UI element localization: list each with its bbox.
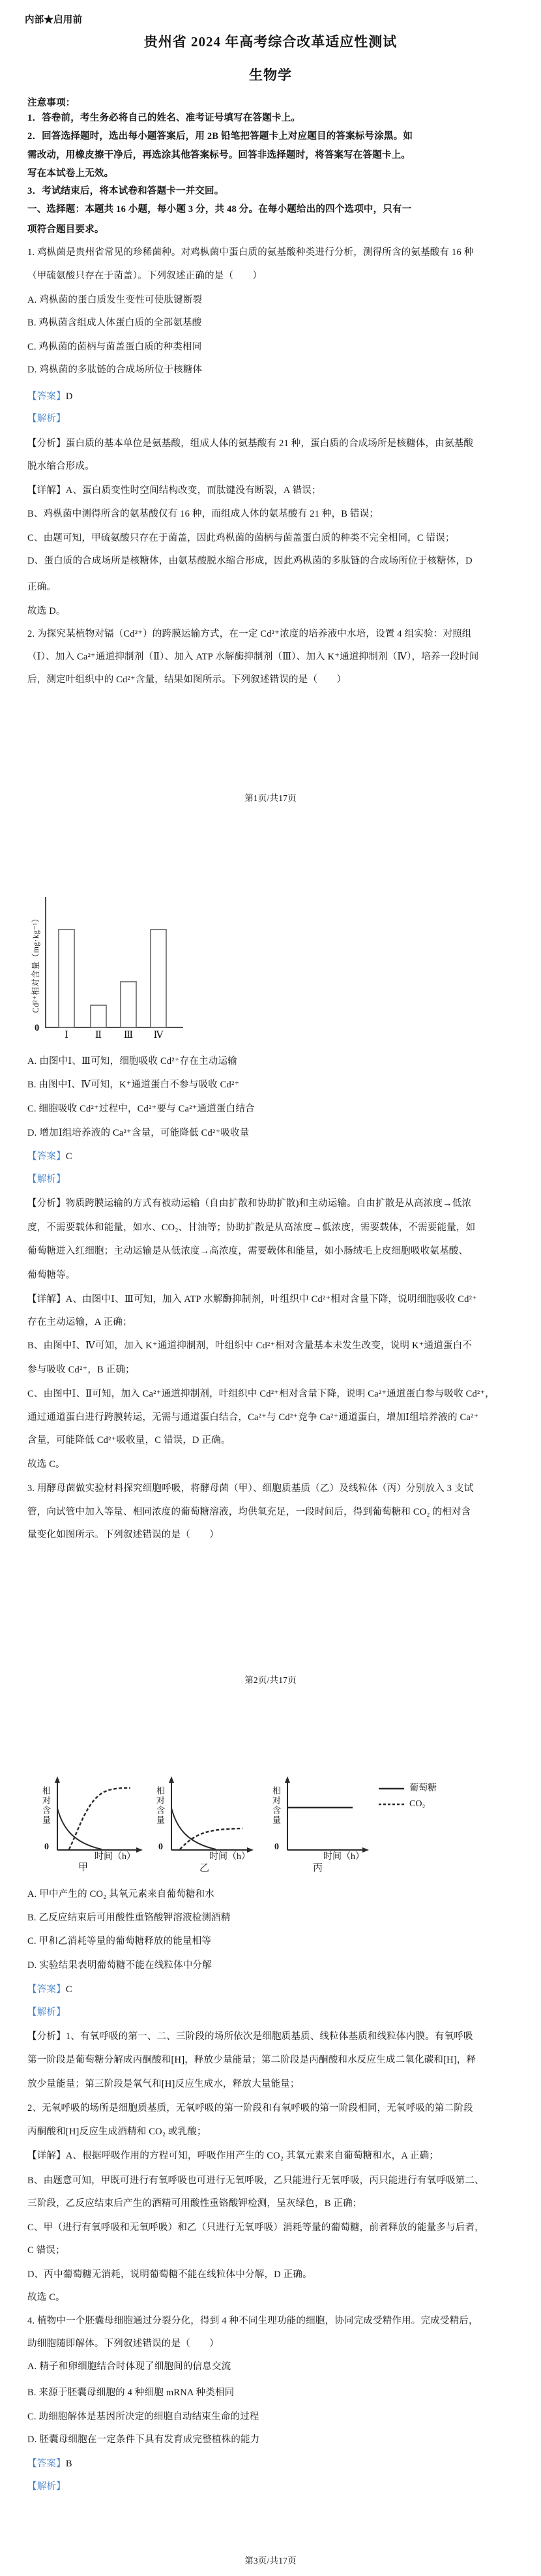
panel1-x-arrow-icon — [136, 1847, 143, 1853]
q1-stem-line: 1. 鸡枞菌是贵州省常见的珍稀菌种。对鸡枞菌中蛋白质的氨基酸种类进行分析，测得所… — [27, 247, 473, 259]
q3-answer-value: C — [66, 1984, 72, 1995]
q1-explain-label: 【解析】 — [27, 413, 66, 425]
q3-option-d: D. 实验结果表明葡萄糖不能在线粒体中分解 — [27, 1960, 212, 1972]
page-title: 贵州省 2024 年高考综合改革适应性测试 — [0, 36, 541, 48]
q2-detail-line: 含量，可能降低 Cd²⁺吸收量，C 错误，D 正确。 — [27, 1434, 231, 1447]
q2-detail-line: 参与吸收 Cd²⁺，B 正确； — [27, 1364, 135, 1376]
panel2-label: 乙 — [199, 1864, 209, 1873]
q4-stem-line: 助细胞随即解体。下列叙述错误的是（ ） — [27, 2338, 219, 2350]
notes-heading: 注意事项： — [27, 97, 76, 110]
q2-option-d: D. 增加Ⅰ组培养液的 Ca²⁺含量，可能降低 Cd²⁺吸收量 — [27, 1127, 249, 1140]
q1-detail-line: D、蛋白质的合成场所是核糖体，由氨基酸脱水缩合形成，因此鸡枞菌的多肽链的合成场所… — [27, 555, 473, 568]
answer-label: 【答案】 — [27, 1984, 66, 1995]
q1-conclusion: 故选 D。 — [27, 605, 66, 618]
q2-conclusion: 故选 C。 — [27, 1459, 65, 1471]
q1-detail-line: 【详解】A、蛋白质变性时空间结构改变，而肽键没有断裂，A 错误； — [27, 485, 321, 497]
q3-option-b: B. 乙反应结束后可用酸性重铬酸钾溶液检测酒精 — [27, 1912, 231, 1924]
q2-analysis-line: 葡萄糖进入红细胞；主动运输是从低浓度→高浓度，需要载体和能量，如小肠绒毛上皮细胞… — [27, 1245, 468, 1258]
panel2-y-arrow-icon — [169, 1776, 174, 1783]
subject-title: 生物学 — [0, 69, 541, 82]
q1-analysis-line: 脱水缩合形成。 — [27, 461, 95, 473]
q2-figure-bar-chart: Cd²⁺相对含量（mg·kg⁻¹） 0 Ⅰ Ⅱ Ⅲ Ⅳ — [26, 896, 202, 1052]
panel2-glucose-curve — [171, 1808, 216, 1849]
exam-document-page: 内部★启用前 贵州省 2024 年高考综合改革适应性测试 生物学 注意事项： 1… — [0, 0, 541, 2576]
legend-glucose-label: 葡萄糖 — [409, 1783, 437, 1793]
q1-detail-line: B、鸡枞菌中测得所含的氨基酸仅有 16 种，而组成人体的氨基酸有 21 种，B … — [27, 508, 379, 521]
notes-line: 1．答卷前，考生务必将自己的姓名、准考证号填写在答题卡上。 — [27, 112, 300, 125]
q2-stem-line: 后，测定叶组织中的 Cd²⁺含量，结果如图所示。下列叙述错误的是（ ） — [27, 674, 346, 686]
q3-stem-line: 3. 用酵母菌做实验材料探究细胞呼吸，将酵母菌（甲）、细胞质基质（乙）及线粒体（… — [27, 1483, 473, 1495]
q1-option-c: C. 鸡枞菌的菌柄与菌盖蛋白质的种类相同 — [27, 341, 201, 354]
q2-detail-line: 通过通道蛋白进行跨膜转运，无需与通道蛋白结合，Ca²⁺与 Cd²⁺竞争 Ca²⁺… — [27, 1412, 478, 1424]
bar-group-I — [59, 930, 74, 1027]
q4-option-a: A. 精子和卵细胞结合时体现了细胞间的信息交流 — [27, 2361, 231, 2373]
q2-explain-label: 【解析】 — [27, 1174, 66, 1186]
bar-chart-canvas — [26, 896, 202, 1052]
q3-figure-line-charts: 相对含量 0 时间（h） 甲 相对含量 0 时间（h） 乙 相对含量 0 时间（… — [20, 1774, 515, 1888]
q1-option-b: B. 鸡枞菌含组成人体蛋白质的全部氨基酸 — [27, 317, 201, 329]
bar-group-IV — [151, 930, 166, 1027]
q2-detail-line: 存在主动运输，A 正确； — [27, 1316, 132, 1329]
answer-label: 【答案】 — [27, 391, 66, 402]
panel2-x-label: 时间（h） — [209, 1852, 250, 1862]
bar-group-II — [91, 1005, 106, 1027]
panel2-origin-label: 0 — [158, 1842, 163, 1852]
panel3-origin-label: 0 — [274, 1842, 279, 1852]
panel1-y-arrow-icon — [55, 1776, 60, 1783]
panel2-y-label: 相对含量 — [155, 1786, 165, 1825]
q2-detail-line: C、由图中Ⅰ、Ⅱ可知，加入 Ca²⁺通道抑制剂，叶组织中 Cd²⁺相对含量下降，… — [27, 1388, 495, 1401]
answer-label: 【答案】 — [27, 2459, 66, 2469]
q3-detail-line: C、甲（进行有氧呼吸和无氧呼吸）和乙（只进行无氧呼吸）消耗等量的葡萄糖，前者释放… — [27, 2222, 484, 2234]
q2-option-b: B. 由图中Ⅰ、Ⅳ可知，K⁺通道蛋白不参与吸收 Cd²⁺ — [27, 1079, 239, 1091]
q3-option-c: C. 甲和乙消耗等量的葡萄糖释放的能量相等 — [27, 1935, 211, 1948]
q3-analysis-line: 【分析】1、有氧呼吸的第一、二、三阶段的场所依次是细胞质基质、线粒体基质和线粒体… — [27, 2031, 473, 2043]
q1-option-a: A. 鸡枞菌的蛋白质发生变性可使肽键断裂 — [27, 294, 202, 307]
q2-answer-line: 【答案】C — [27, 1151, 72, 1163]
q3-detail-line: C 错误； — [27, 2245, 65, 2257]
page-footer: 第2页/共17页 — [0, 1674, 541, 1686]
q3-analysis-line: 放少量能量；第三阶段是氧气和[H]反应生成水，释放大量能量； — [27, 2078, 300, 2091]
q2-detail-line: 【详解】A、由图中Ⅰ、Ⅲ可知，加入 ATP 水解酶抑制剂，叶组织中 Cd²⁺相对… — [27, 1294, 477, 1306]
bar-category-label: Ⅰ — [58, 1031, 75, 1040]
q3-detail-line: 【详解】A、根据呼吸作用的方程可知，呼吸作用产生的 CO₂ 其氧元素来自葡萄糖和… — [27, 2150, 439, 2162]
q1-answer-value: D — [66, 391, 73, 402]
q3-stem-line: 量变化如图所示。下列叙述错误的是（ ） — [27, 1529, 219, 1541]
q2-option-c: C. 细胞吸收 Cd²⁺过程中，Cd²⁺要与 Ca²⁺通道蛋白结合 — [27, 1103, 255, 1115]
section-heading-line: 一、选择题：本题共 16 小题，每小题 3 分，共 48 分。在每小题给出的四个… — [27, 204, 411, 216]
q4-option-d: D. 胚囊母细胞在一定条件下具有发育成完整植株的能力 — [27, 2434, 259, 2446]
q3-analysis-line: 2、无氧呼吸的场所是细胞质基质，无氧呼吸的第一阶段和有氧呼吸的第一阶段相同，无氧… — [27, 2102, 473, 2115]
bar-category-label: Ⅱ — [90, 1031, 107, 1040]
q3-stem-line: 管，向试管中加入等量、相同浓度的葡萄糖溶液，均供氧充足，一段时间后，得到葡萄糖和… — [27, 1506, 471, 1519]
q2-answer-value: C — [66, 1151, 72, 1162]
notes-line: 写在本试卷上无效。 — [27, 168, 113, 180]
page-footer: 第3页/共17页 — [0, 2554, 541, 2567]
panel3-label: 丙 — [313, 1864, 323, 1873]
panel3-y-label: 相对含量 — [271, 1786, 281, 1825]
notes-line: 2．回答选择题时，选出每小题答案后，用 2B 铅笔把答题卡上对应题目的答案标号涂… — [27, 130, 413, 143]
panel3-x-label: 时间（h） — [323, 1852, 364, 1862]
q1-detail-line: C、由题可知，甲硫氨酸只存在于菌盖，因此鸡枞菌的菌柄与菌盖蛋白质的种类不完全相同… — [27, 532, 455, 545]
q4-option-b: B. 来源于胚囊母细胞的 4 种细胞 mRNA 种类相同 — [27, 2387, 234, 2399]
bar-category-label: Ⅲ — [120, 1031, 137, 1040]
notes-line: 3．考试结束后，将本试卷和答题卡一并交回。 — [27, 185, 224, 198]
q2-stem-line: （Ⅰ）、加入 Ca²⁺通道抑制剂（Ⅱ）、加入 ATP 水解酶抑制剂（Ⅲ）、加入 … — [27, 651, 478, 663]
q4-stem-line: 4. 植物中一个胚囊母细胞通过分裂分化，得到 4 种不同生理功能的细胞，协同完成… — [27, 2315, 478, 2327]
section-heading-line: 项符合题目要求。 — [27, 224, 104, 236]
bar-category-label: Ⅳ — [150, 1031, 167, 1040]
q3-detail-line: B、由题意可知，甲既可进行有氧呼吸也可进行无氧呼吸，乙只能进行无氧呼吸，丙只能进… — [27, 2175, 484, 2187]
panel1-origin-label: 0 — [44, 1842, 49, 1852]
q2-analysis-line: 【分析】物质跨膜运输的方式有被动运输（自由扩散和协助扩散)和主动运输。自由扩散是… — [27, 1198, 471, 1210]
bar-chart-origin-label: 0 — [35, 1023, 39, 1033]
bar-chart-y-label: Cd²⁺相对含量（mg·kg⁻¹） — [31, 899, 41, 1028]
q4-option-c: C. 助细胞解体是基因所决定的细胞自动结束生命的过程 — [27, 2411, 259, 2423]
classification-banner: 内部★启用前 — [25, 14, 82, 27]
q1-option-d: D. 鸡枞菌的多肽链的合成场所位于核糖体 — [27, 364, 202, 376]
panel2-co2-curve — [180, 1828, 242, 1849]
panel1-x-label: 时间（h） — [95, 1852, 136, 1862]
q2-stem-line: 2. 为探究某植物对镉（Cd²⁺）的跨膜运输方式，在一定 Cd²⁺浓度的培养液中… — [27, 628, 471, 641]
panel3-y-arrow-icon — [285, 1776, 290, 1783]
panel1-glucose-curve — [57, 1808, 102, 1849]
q2-detail-line: B、由图中Ⅰ、Ⅳ可知，加入 K⁺通道抑制剂，叶组织中 Cd²⁺相对含量基本未发生… — [27, 1340, 472, 1352]
q3-answer-line: 【答案】C — [27, 1984, 72, 1996]
notes-line: 需改动，用橡皮擦干净后，再选涂其他答案标号。回答非选择题时，将答案写在答题卡上。 — [27, 149, 411, 162]
q3-conclusion: 故选 C。 — [27, 2292, 65, 2304]
q1-detail-line: 正确。 — [27, 581, 56, 594]
q2-analysis-line: 度，不需要载体和能量，如水、CO₂、甘油等；协助扩散是从高浓度→低浓度，需要载体… — [27, 1222, 475, 1234]
panel1-y-label: 相对含量 — [41, 1786, 51, 1825]
q1-analysis-line: 【分析】蛋白质的基本单位是氨基酸，组成人体的氨基酸有 21 种，蛋白质的合成场所… — [27, 438, 473, 450]
q2-option-a: A. 由图中Ⅰ、Ⅲ可知，细胞吸收 Cd²⁺存在主动运输 — [27, 1055, 237, 1068]
answer-label: 【答案】 — [27, 1151, 66, 1162]
line-chart-canvas — [20, 1774, 515, 1888]
q3-explain-label: 【解析】 — [27, 2007, 66, 2019]
q3-analysis-line: 丙酮酸和[H]反应生成酒精和 CO₂ 或乳酸； — [27, 2126, 207, 2138]
q4-answer-line: 【答案】B — [27, 2458, 72, 2470]
legend-co2-label: CO₂ — [409, 1799, 425, 1809]
q2-analysis-line: 葡萄糖等。 — [27, 1269, 76, 1282]
page-footer: 第1页/共17页 — [0, 792, 541, 804]
q3-analysis-line: 第一阶段是葡萄糖分解成丙酮酸和[H]，释放少量能量；第二阶段是丙酮酸和水反应生成… — [27, 2054, 476, 2067]
bar-group-III — [121, 982, 136, 1027]
q3-detail-line: D、丙中葡萄糖无消耗，说明葡萄糖不能在线粒体中分解，D 正确。 — [27, 2269, 312, 2281]
q1-answer-line: 【答案】D — [27, 391, 72, 403]
panel1-label: 甲 — [78, 1863, 88, 1873]
q4-explain-label: 【解析】 — [27, 2481, 66, 2493]
q3-option-a: A. 甲中产生的 CO₂ 其氧元素来自葡萄糖和水 — [27, 1888, 214, 1901]
q3-detail-line: 三阶段，乙反应结束后产生的酒精可用酸性重铬酸钾检测，呈灰绿色，B 正确； — [27, 2198, 362, 2210]
q4-answer-value: B — [66, 2459, 72, 2469]
q1-stem-line: （甲硫氨酸只存在于菌盖）。下列叙述正确的是（ ） — [27, 270, 262, 282]
